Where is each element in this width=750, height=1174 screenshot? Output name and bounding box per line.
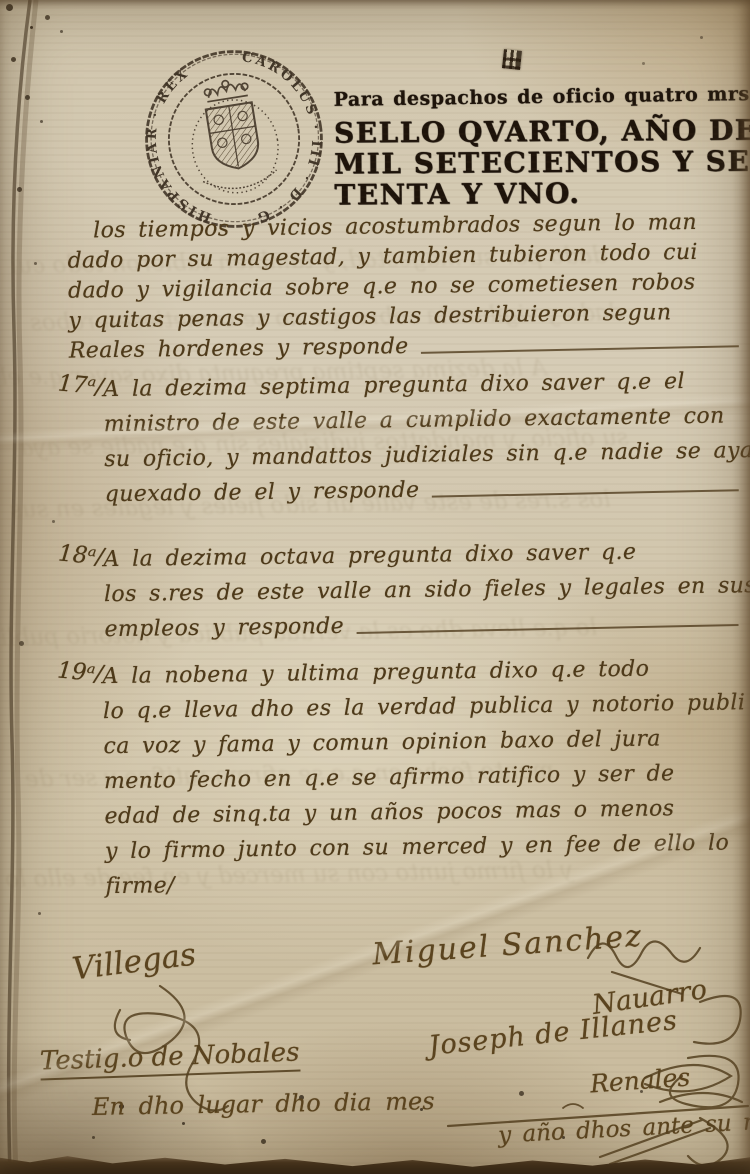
question-marker-18: 18ᵃ/ — [56, 540, 105, 584]
hand-line-text: Reales hordenes y responde — [69, 332, 409, 367]
filler-rule — [356, 624, 738, 634]
binding-edge — [0, 0, 46, 1174]
stamp-title-line-3: TENTA Y VNO. — [334, 177, 748, 211]
closing-line-2: y año dhos ante su merçed — [498, 1105, 750, 1148]
paragraph-19: 19ᵃ/ A la nobena y ultima pregunta dixo … — [56, 650, 749, 905]
witness-margin-note: Testig.o de Nobales — [39, 1037, 300, 1080]
page-right-edge — [732, 0, 750, 1174]
fee-line: Para despachos de oficio quatro mrs. — [334, 83, 748, 111]
printed-tax-stamp: Para despachos de oficio quatro mrs. SEL… — [334, 85, 749, 211]
page-bottom-edge — [0, 1146, 750, 1174]
hand-line-text: quexado de el y responde — [105, 473, 420, 512]
signature-miguel-sanchez: Miguel Sanchez — [371, 919, 644, 973]
stamp-title-line-1: SELLO QVARTO, AÑO DE — [334, 115, 748, 149]
paragraph-continuation: los tiempos y vicios acostumbrados segun… — [57, 207, 749, 367]
hand-line-text: empleos y responde — [104, 609, 344, 647]
filler-rule — [432, 489, 739, 497]
manuscript-body: los tiempos y vicios acostumbrados segun… — [58, 212, 748, 900]
paragraph-18: 18ᵃ/ A la dezima octava pregunta dixo sa… — [57, 533, 748, 648]
paragraph-17: 17ᵃ/ A la dezima septima pregunta dixo s… — [57, 363, 749, 513]
seal-legend-left: HISPANIAR · REX — [132, 64, 216, 234]
closing-line-1: En dho lugar dho dia mes — [92, 1087, 435, 1121]
signature-joseph-de-illanes: Joseph de Illanes — [427, 1005, 679, 1062]
svg-text:HISPANIAR · REX: HISPANIAR · REX — [132, 64, 216, 234]
manuscript-page: dado por su magestad, y tambien tubieron… — [0, 0, 750, 1174]
filler-rule — [421, 345, 739, 354]
question-marker-19: 19ᵃ/ — [55, 658, 104, 702]
question-marker-17: 17ᵃ/ — [56, 370, 105, 414]
plate-mark-icon — [502, 49, 522, 70]
signature-renales: Renales — [589, 1063, 691, 1099]
signature-villegas: Villegas — [70, 937, 198, 988]
page-top-edge — [0, 0, 750, 8]
stamp-title-line-2: MIL SETECIENTOS Y SE- — [334, 146, 748, 180]
